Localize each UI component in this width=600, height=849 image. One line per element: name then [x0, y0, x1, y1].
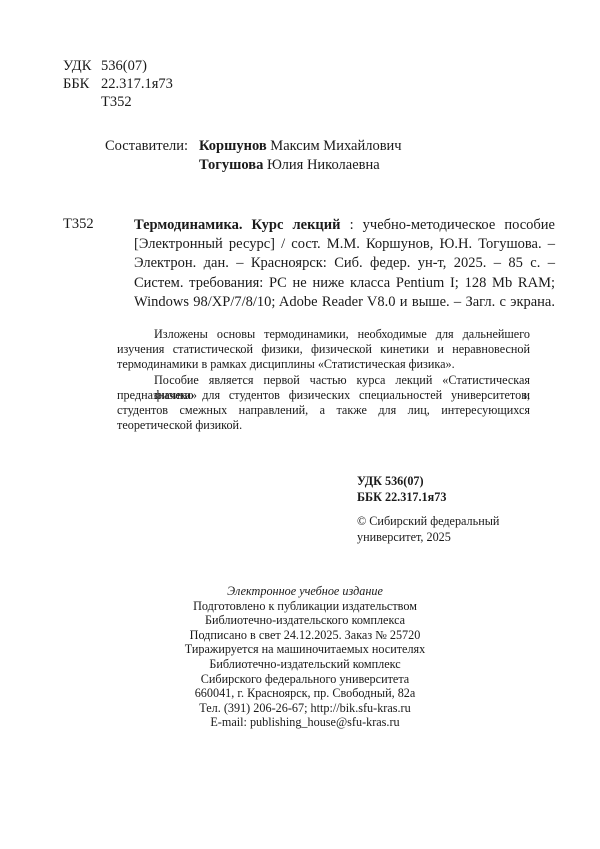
copyright: © Сибирский федеральный университет, 202…	[357, 514, 499, 545]
compiler-1: Коршунов Максим Михайлович	[199, 137, 402, 156]
copyright-line-2: университет, 2025	[357, 530, 499, 546]
imprint-line-8: Тел. (391) 206-26-67; http://bik.sfu-kra…	[150, 701, 460, 716]
udk-row: УДК536(07)	[63, 57, 173, 75]
annotation-line-6: студентов смежных направлений, а также д…	[117, 403, 530, 418]
bib-author-mark: Т352	[63, 216, 94, 233]
annotation-line-7: теоретической физикой.	[117, 418, 530, 433]
imprint-line-1: Подготовлено к публикации издательством	[150, 599, 460, 614]
bib-line-4: Систем. требования: PC не ниже класса Pe…	[134, 274, 555, 293]
bbk-label: ББК	[63, 75, 101, 93]
footer-bbk: ББК 22.317.1я73	[357, 490, 446, 506]
author-mark: Т352	[101, 94, 132, 110]
bib-line-3: Электрон. дан. – Красноярск: Сиб. федер.…	[134, 254, 555, 273]
author-mark-row: Т352	[63, 93, 173, 111]
edition-type: Электронное учебное издание	[150, 584, 460, 599]
compiler-1-surname: Коршунов	[199, 138, 267, 154]
footer-classification: УДК 536(07) ББК 22.317.1я73	[357, 474, 446, 505]
compiler-2: Тогушова Юлия Николаевна	[199, 156, 380, 175]
udk-label: УДК	[63, 57, 101, 75]
compiler-1-given: Максим Михайлович	[270, 138, 401, 154]
annotation-line-1: Изложены основы термодинамики, необходим…	[117, 327, 530, 342]
annotation-line-5: предназначено для студентов физических с…	[117, 388, 530, 403]
imprint-line-3: Подписано в свет 24.12.2025. Заказ № 257…	[150, 628, 460, 643]
imprint-line-7: 660041, г. Красноярск, пр. Свободный, 82…	[150, 686, 460, 701]
footer-udk: УДК 536(07)	[357, 474, 446, 490]
imprint-line-5: Библиотечно-издательский комплекс	[150, 657, 460, 672]
bbk-row: ББК22.317.1я73	[63, 75, 173, 93]
book-title: Термодинамика. Курс лекций	[134, 217, 341, 233]
classification-block: УДК536(07) ББК22.317.1я73 Т352	[63, 57, 173, 111]
annotation: Изложены основы термодинамики, необходим…	[117, 327, 530, 433]
bib-line-1: Термодинамика. Курс лекций : учебно-мето…	[134, 216, 555, 235]
compilers-label: Составители:	[105, 137, 188, 156]
udk-value: 536(07)	[101, 58, 147, 74]
imprint-line-2: Библиотечно-издательского комплекса	[150, 613, 460, 628]
bibliographic-record: Термодинамика. Курс лекций : учебно-мето…	[134, 216, 555, 312]
bib-line-1-rest: : учебно-методическое пособие	[341, 217, 556, 233]
imprint-line-6: Сибирского федерального университета	[150, 672, 460, 687]
annotation-line-2: изучения статистической физики, физическ…	[117, 342, 530, 357]
copyright-line-1: © Сибирский федеральный	[357, 514, 499, 530]
bib-line-2: [Электронный ресурс] / сост. М.М. Коршун…	[134, 235, 555, 254]
annotation-line-3: термодинамики в рамках дисциплины «Стати…	[117, 357, 530, 372]
imprint-line-4: Тиражируется на машиночитаемых носителях	[150, 642, 460, 657]
imprint-email: E-mail: publishing_house@sfu-kras.ru	[150, 715, 460, 730]
compiler-2-surname: Тогушова	[199, 157, 263, 173]
compiler-2-given: Юлия Николаевна	[267, 157, 380, 173]
imprint: Электронное учебное издание Подготовлено…	[150, 584, 460, 730]
bbk-value: 22.317.1я73	[101, 76, 173, 92]
annotation-line-4: Пособие является первой частью курса лек…	[117, 373, 530, 388]
bib-line-5: Windows 98/XP/7/8/10; Adobe Reader V8.0 …	[134, 293, 555, 312]
